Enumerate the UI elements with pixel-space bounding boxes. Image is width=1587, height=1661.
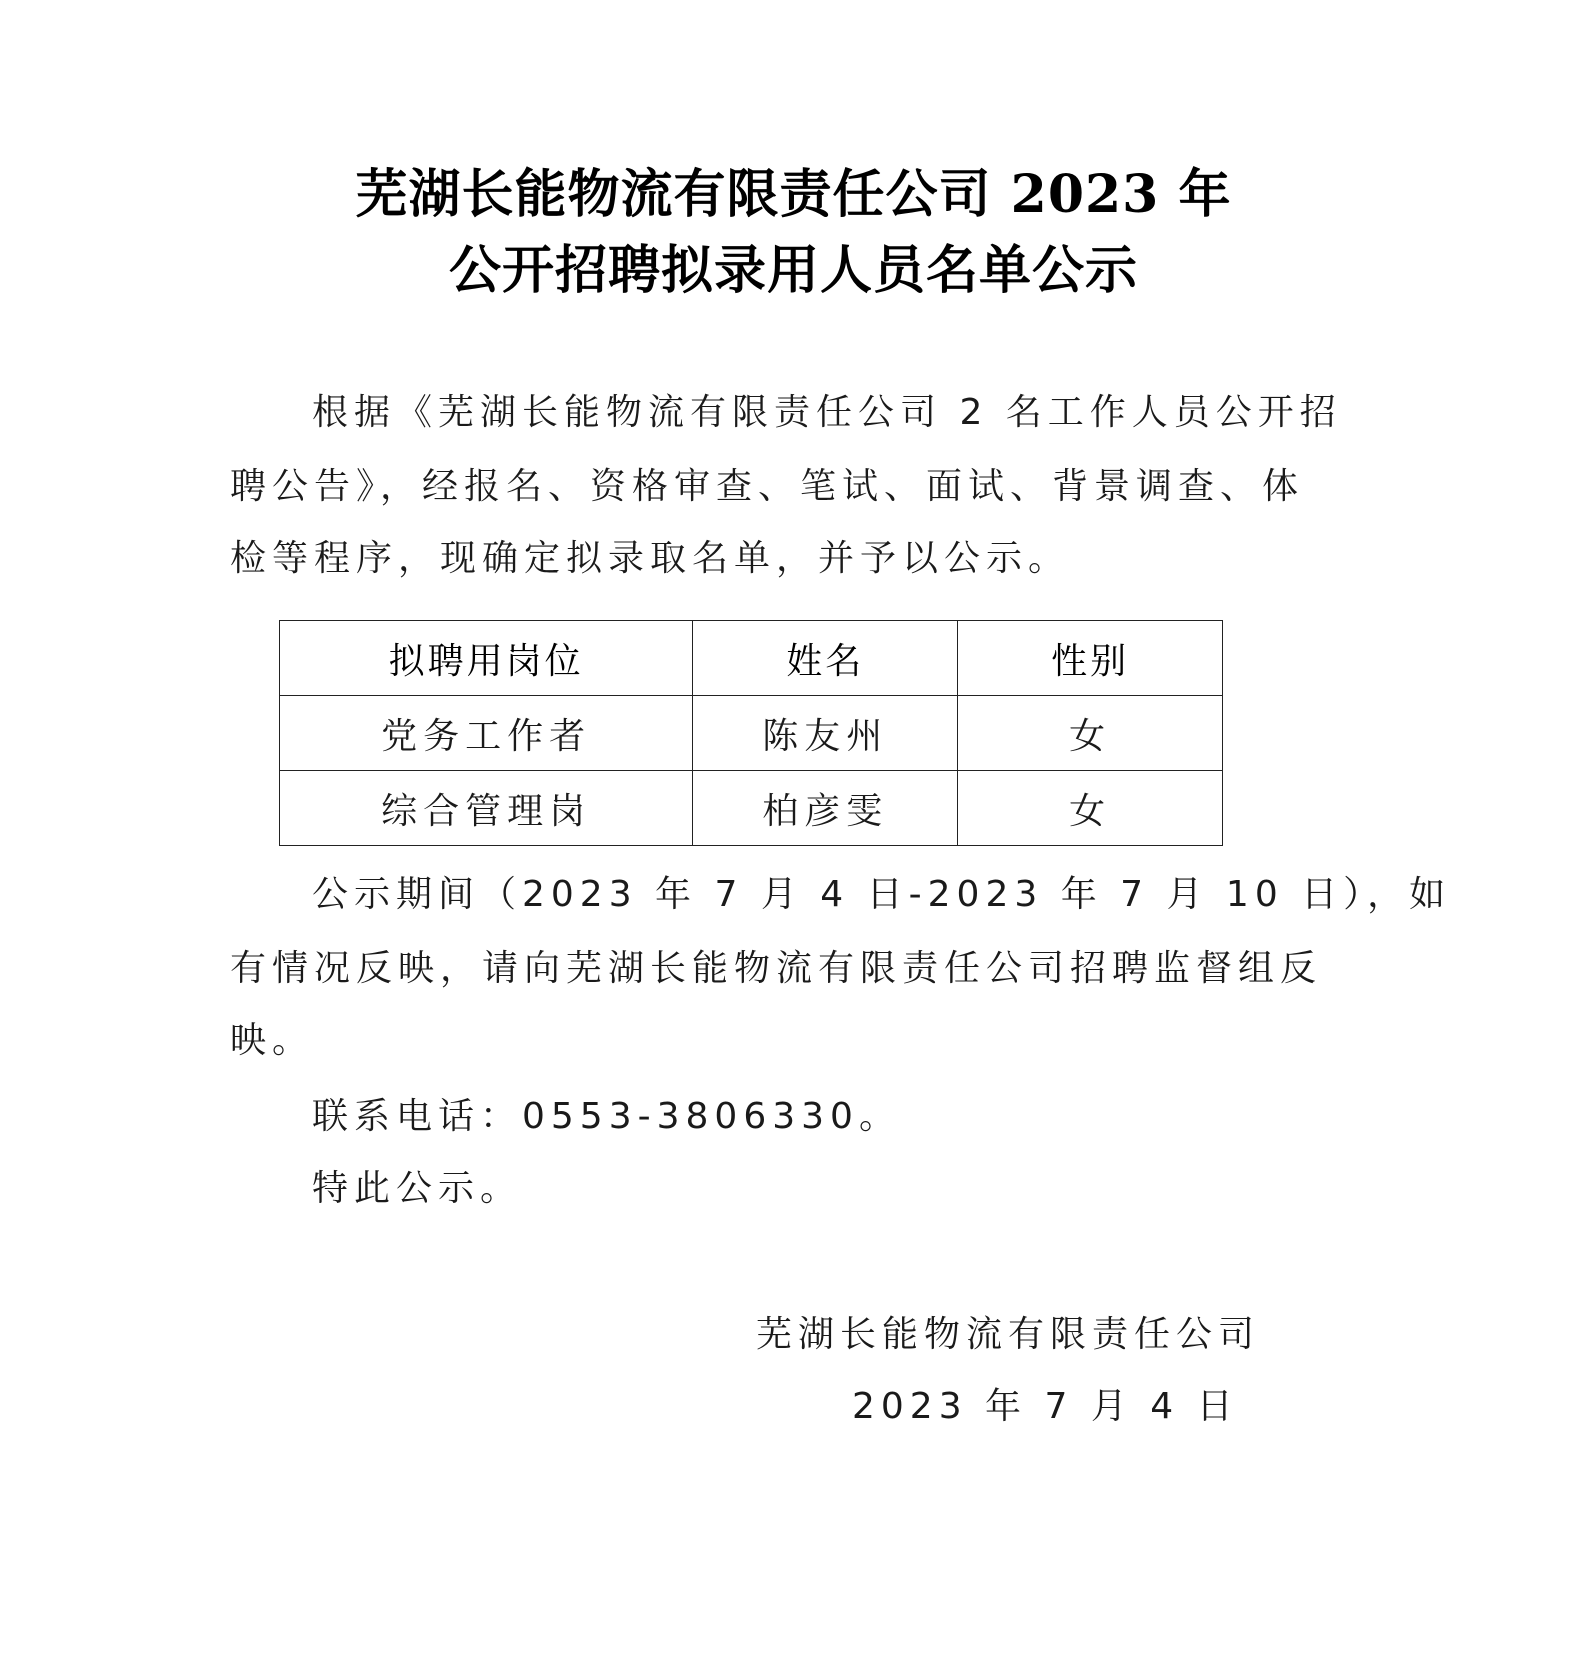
candidate-table: 拟聘用岗位 姓名 性别 党务工作者 陈友州 女 综合管理岗 柏彦雯 女 — [279, 620, 1223, 846]
contact-phone: 联系电话：0553-3806330。 — [312, 1088, 901, 1139]
cell-gender: 女 — [958, 771, 1223, 846]
document-title-line-1: 芜湖长能物流有限责任公司 2023 年 — [0, 152, 1587, 227]
cell-gender: 女 — [958, 696, 1223, 771]
header-gender: 性别 — [958, 621, 1223, 696]
closing-statement: 特此公示。 — [312, 1160, 522, 1211]
intro-paragraph-line-1: 根据《芜湖长能物流有限责任公司 2 名工作人员公开招 — [312, 384, 1342, 435]
intro-paragraph-line-3: 检等程序，现确定拟录取名单，并予以公示。 — [230, 530, 1070, 581]
document-page: 芜湖长能物流有限责任公司 2023 年 公开招聘拟录用人员名单公示 根据《芜湖长… — [0, 0, 1587, 1661]
cell-name: 陈友州 — [693, 696, 958, 771]
table-row: 党务工作者 陈友州 女 — [280, 696, 1223, 771]
header-position: 拟聘用岗位 — [280, 621, 693, 696]
header-name: 姓名 — [693, 621, 958, 696]
notice-period-line-1: 公示期间（2023 年 7 月 4 日-2023 年 7 月 10 日），如 — [312, 866, 1451, 917]
notice-period-line-2: 有情况反映，请向芜湖长能物流有限责任公司招聘监督组反 — [230, 940, 1322, 991]
cell-position: 党务工作者 — [280, 696, 693, 771]
signature-organization: 芜湖长能物流有限责任公司 — [756, 1306, 1260, 1357]
signature-date: 2023 年 7 月 4 日 — [852, 1378, 1239, 1429]
table-row: 综合管理岗 柏彦雯 女 — [280, 771, 1223, 846]
table-header-row: 拟聘用岗位 姓名 性别 — [280, 621, 1223, 696]
intro-paragraph-line-2: 聘公告》，经报名、资格审查、笔试、面试、背景调查、体 — [230, 458, 1304, 509]
cell-name: 柏彦雯 — [693, 771, 958, 846]
notice-period-line-3: 映。 — [230, 1012, 314, 1063]
cell-position: 综合管理岗 — [280, 771, 693, 846]
document-title-line-2: 公开招聘拟录用人员名单公示 — [0, 228, 1587, 303]
